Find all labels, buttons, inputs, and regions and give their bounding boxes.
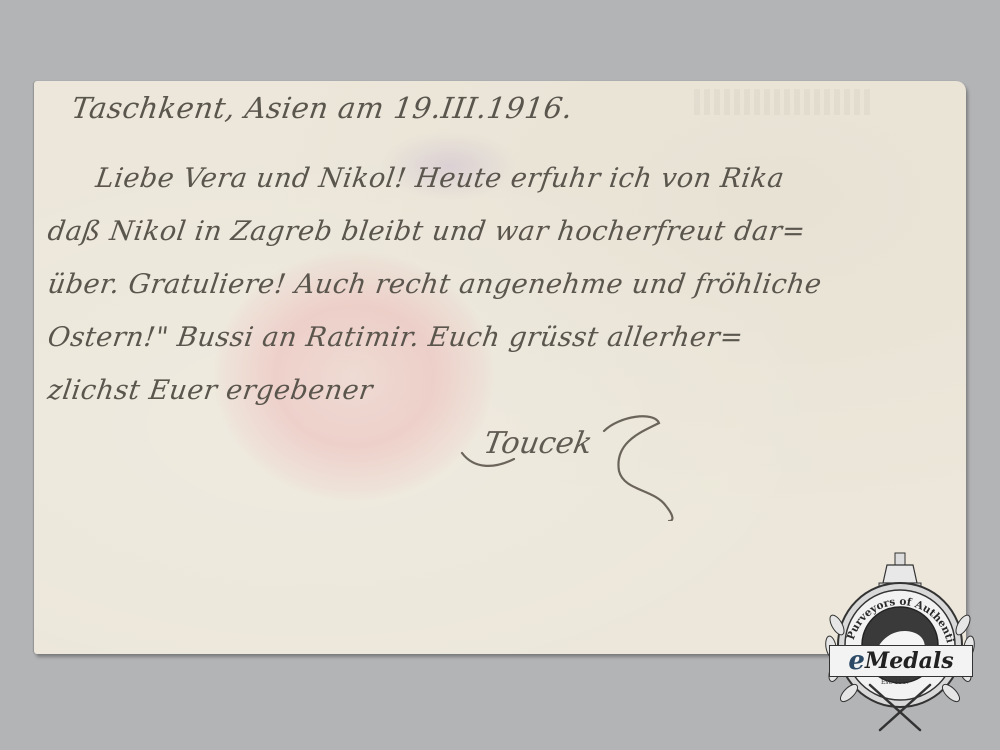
brand-banner: eMedals bbox=[829, 645, 973, 677]
letter-line-1: Liebe Vera und Nikol! Heute erfuhr ich v… bbox=[94, 163, 787, 194]
signature-flourish bbox=[454, 411, 714, 521]
emblem-icon: Purveyors of Authentic Militaria bbox=[815, 545, 985, 740]
emedals-watermark-logo: Purveyors of Authentic Militaria eMedals… bbox=[815, 545, 985, 740]
established-label: Est. 1987 bbox=[881, 679, 910, 686]
faded-printed-header bbox=[694, 89, 874, 115]
letter-line-3: über. Gratuliere! Auch recht angenehme u… bbox=[46, 269, 824, 300]
letter-header-line: Taschkent, Asien am 19.III.1916. bbox=[70, 91, 575, 125]
brand-prefix: e bbox=[848, 646, 865, 676]
letter-line-4: Ostern!" Bussi an Ratimir. Euch grüsst a… bbox=[46, 322, 745, 353]
brand-name: Medals bbox=[865, 648, 954, 674]
letter-line-2: daß Nikol in Zagreb bleibt und war hoche… bbox=[46, 216, 808, 247]
letter-line-5: zlichst Euer ergebener bbox=[46, 375, 375, 406]
